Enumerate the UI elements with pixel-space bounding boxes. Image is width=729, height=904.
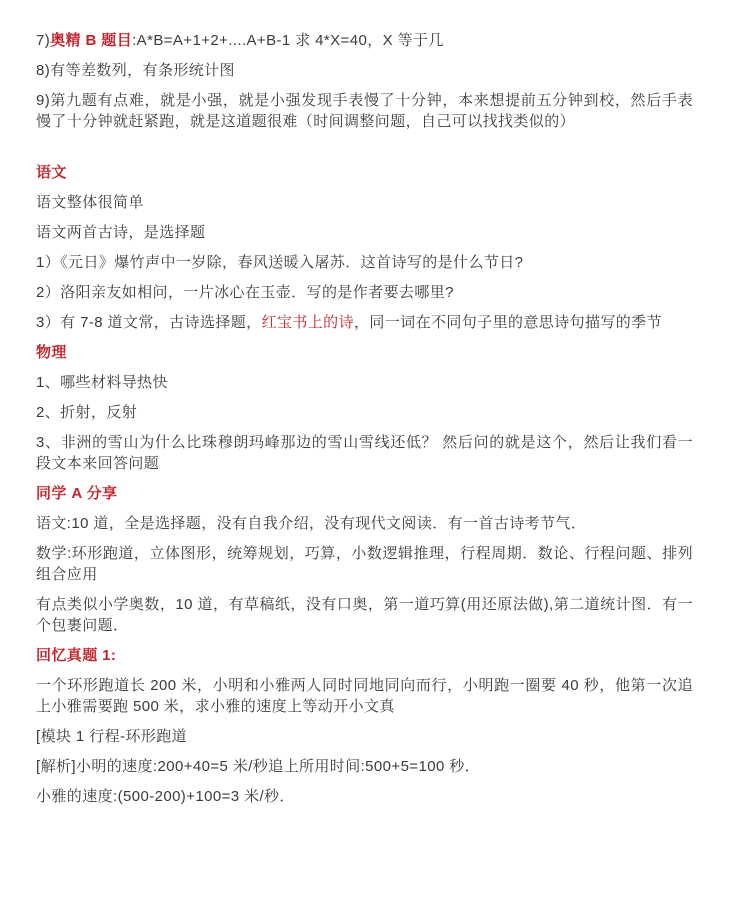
- student-a-math-summary: 数学:环形跑道，立体图形，统筹规划，巧算，小数逻辑推理，行程周期．数论、行程问题…: [36, 543, 693, 585]
- student-a-chinese-summary: 语文:10 道，全是选择题，没有自我介绍，没有现代文阅读．有一首古诗考节气．: [36, 513, 693, 534]
- math-question-7-body: :A*B=A+1+2+....A+B-1 求 4*X=40，X 等于几: [132, 32, 444, 49]
- recall-problem: 一个环形跑道长 200 米，小明和小雅两人同时同地同向而行，小明跑一圈要 40 …: [36, 675, 693, 717]
- chinese-question-1: 1）《元日》爆竹声中一岁除，春风送暖入屠苏．这首诗写的是什么节日?: [36, 252, 693, 273]
- student-a-section-heading: 同学 A 分享: [36, 483, 693, 504]
- physics-question-3: 3、非洲的雪山为什么比珠穆朗玛峰那边的雪山雪线还低？ 然后问的就是这个，然后让我…: [36, 432, 693, 474]
- recall-answer-line: 小雅的速度:(500-200)+100=3 米/秒．: [36, 786, 693, 807]
- recall-section-heading: 回忆真题 1:: [36, 645, 693, 666]
- chinese-section-heading: 语文: [36, 162, 693, 183]
- recall-analysis-line: [解析]小明的速度:200+40=5 米/秒追上所用时间:500+5=100 秒…: [36, 756, 693, 777]
- document-page: 7)奥精 B 题目:A*B=A+1+2+....A+B-1 求 4*X=40，X…: [0, 0, 729, 904]
- chinese-intro-2: 语文两首古诗，是选择题: [36, 222, 693, 243]
- chinese-question-3-highlight: 红宝书上的诗: [262, 314, 354, 331]
- math-question-7-highlight: 奥精 B 题目: [50, 32, 132, 49]
- student-a-note: 有点类似小学奥数，10 道，有草稿纸，没有口奥，第一道巧算(用还原法做),第二道…: [36, 594, 693, 636]
- chinese-question-3-body: ，同一词在不同句子里的意思诗句描写的季节: [354, 314, 662, 331]
- physics-question-2: 2、折射，反射: [36, 402, 693, 423]
- chinese-question-2: 2）洛阳亲友如相问，一片冰心在玉壶．写的是作者要去哪里?: [36, 282, 693, 303]
- math-question-7-prefix: 7): [36, 32, 50, 49]
- physics-question-1: 1、哪些材料导热快: [36, 372, 693, 393]
- recall-module-line: [模块 1 行程-环形跑道: [36, 726, 693, 747]
- math-question-7: 7)奥精 B 题目:A*B=A+1+2+....A+B-1 求 4*X=40，X…: [36, 30, 693, 51]
- chinese-question-3-prefix: 3）有 7-8 道文常，古诗选择题，: [36, 314, 262, 331]
- math-question-9: 9)第九题有点难，就是小强，就是小强发现手表慢了十分钟，本来想提前五分钟到校，然…: [36, 90, 693, 132]
- chinese-intro-1: 语文整体很简单: [36, 192, 693, 213]
- physics-section-heading: 物理: [36, 342, 693, 363]
- math-question-8: 8)有等差数列，有条形统计图: [36, 60, 693, 81]
- chinese-question-3: 3）有 7-8 道文常，古诗选择题，红宝书上的诗，同一词在不同句子里的意思诗句描…: [36, 312, 693, 333]
